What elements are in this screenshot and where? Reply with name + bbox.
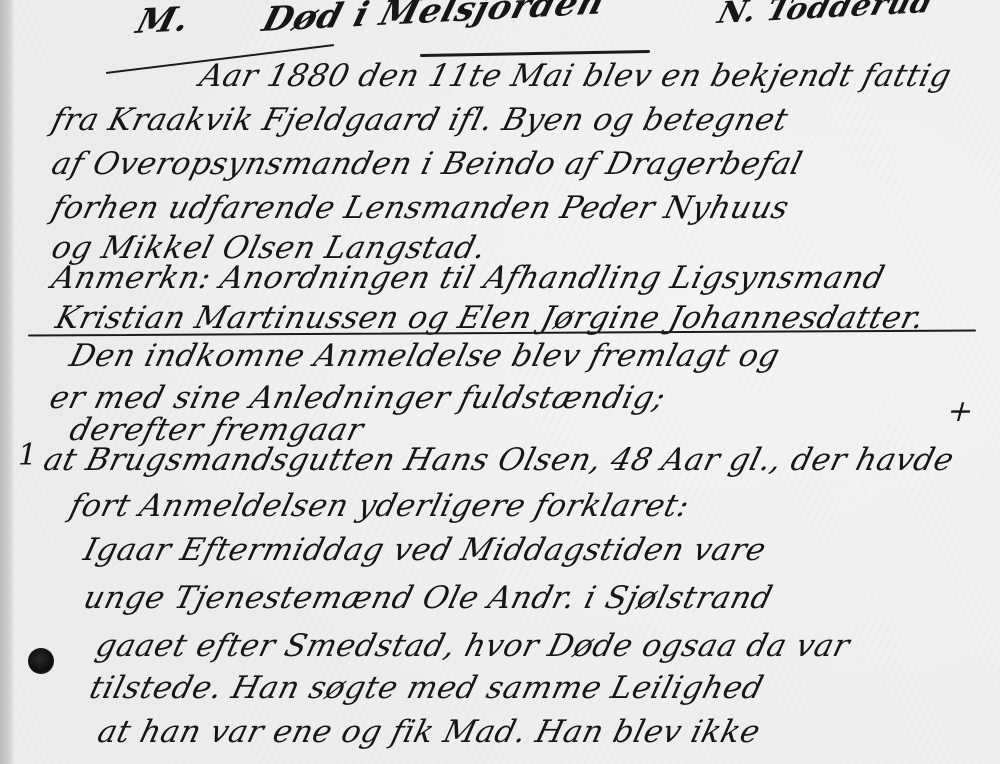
header-right-signature: N. Todderud <box>714 0 937 31</box>
text-line-17: at han var ene og fik Mad. Han blev ikke <box>94 714 764 750</box>
text-line-3: af Overopsynsmanden i Beindo af Dragerbe… <box>48 146 806 182</box>
margin-entry-number: 1 <box>18 438 37 473</box>
text-line-14: unge Tjenestemænd Ole Andr. i Sjølstrand <box>80 580 776 616</box>
text-line-6: Anmerkn: Anordningen til Afhandling Ligs… <box>48 260 889 296</box>
margin-cross-mark: + <box>943 394 978 429</box>
document-scan: M. Død i Melsjorden N. Todderud Aar 1880… <box>0 0 1000 764</box>
header-title-underline <box>420 50 650 57</box>
text-line-15: gaaet efter Smedstad, hvor Døde ogsaa da… <box>92 628 854 664</box>
binder-hole-punch <box>28 648 54 674</box>
text-line-4: forhen udfarende Lensmanden Peder Nyhuus <box>48 190 793 226</box>
header-title: Død i Melsjorden <box>258 0 609 40</box>
text-line-11: at Brugsmandsgutten Hans Olsen, 48 Aar g… <box>40 442 958 478</box>
text-line-2: fra Kraakvik Fjeldgaard ifl. Byen og bet… <box>48 102 792 138</box>
header-left: M. <box>132 0 194 42</box>
text-line-13: Igaar Eftermiddag ved Middagstiden vare <box>80 532 770 568</box>
text-line-16: tilstede. Han søgte med samme Leilighed <box>86 670 767 706</box>
text-line-8: Den indkomne Anmeldelse blev fremlagt og <box>66 338 784 374</box>
text-line-12: fort Anmeldelsen yderligere forklaret: <box>66 488 693 524</box>
text-line-9: er med sine Anledninger fuldstændig; <box>46 380 669 416</box>
text-line-1: Aar 1880 den 11te Mai blev en bekjendt f… <box>196 58 955 94</box>
